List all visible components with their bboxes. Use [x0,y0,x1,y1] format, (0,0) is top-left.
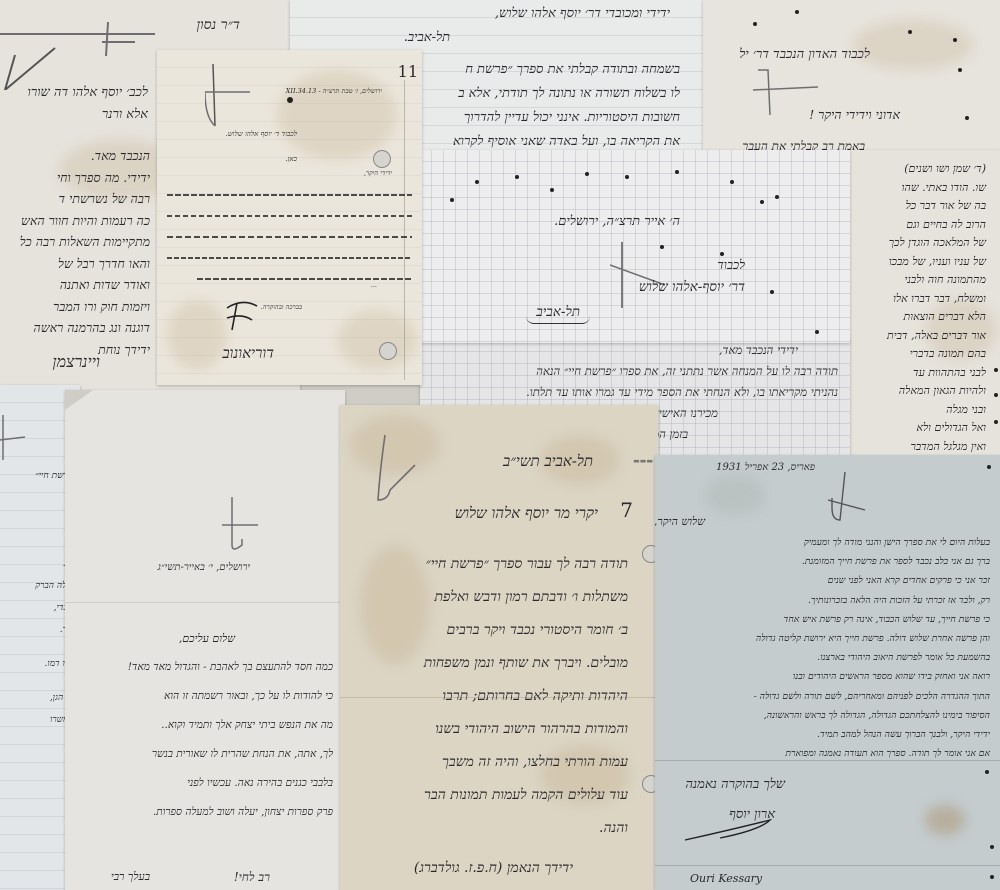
letterhead-stamp: ▬▬▬ [633,457,653,465]
letter-bottom-right-latin-name: Ouri Kessary [690,870,762,887]
letter-center-small: 11 ירושלים, ז׳ טבת תרצ״ה - 13.XII.34 לכב… [157,50,422,385]
letter-top-right-salutation: לכבוד האדון הנכבד דר׳ יל [739,45,870,65]
pencil-check-mark-icon [220,495,260,555]
envelope-addressee: דר׳ יוסף-אלהו שלוש [639,277,745,298]
letter-top-left-body: לכב׳ יוסף אלהו דה שורו אלא ורנר [28,82,149,126]
letter-bottom-left-white-signature: בעלך רבי [111,868,150,885]
page-number: 11 [398,60,418,85]
letter-bottom-right-closing: שלך בהוקרה נאמנה [685,775,785,795]
letter-center-grid-envelope: ה׳ אייר תרצ״ה, ירושלים. לכבוד דר׳ יוסף-א… [420,150,850,343]
letter-right-middle: (ד׳ שמן ושו ושנים) שו. הודו באתי. שהו בה… [846,150,1000,460]
letter-bottom-left-white-greeting: שלום עליכם, [179,630,235,647]
letter-top-left-signature: ויינרצמן [53,350,101,375]
letter-bottom-center-signature: ידידך הנאמן (ח.פ.ז. גולדברג) [414,858,573,880]
letter-bottom-center-margin-mark: 7 [620,495,633,526]
letter-right-middle-body: (ד׳ שמן ושו ושנים) שו. הודו באתי. שהו בה… [887,160,986,456]
letter-bottom-right-blue: פאריס, 23 אפריל 1931 שלוש היקר, בעלות הי… [655,455,1000,890]
letter-center-small-addressee: לכבוד ד׳ יוסף אלהו שלוש. כאן. [226,122,297,172]
envelope-city: תל-אביב [526,302,590,324]
letter-bottom-right-date: פאריס, 23 אפריל 1931 [716,460,815,476]
letter-bottom-left-white: ירושלים, י׳ באייר-תשי״ג שלום עליכם, כמה … [65,390,345,890]
letter-bottom-left-white-body: כמה חסד להתעצם בך לאהבת - והגדול מאד מאד… [128,653,333,827]
signature-flourish-icon [680,810,780,850]
letter-top-right-greeting: אדוני וידידי היקר ! [809,105,900,124]
letter-bottom-center-aged: תל-אביב תשי״ב ▬▬▬ 7 יקרי מר יוסף אלהו של… [340,405,658,890]
letter-top-center-greeting: ידידי ומכובדי דר׳ יוסף אלהו שלוש, תל-אבי… [404,2,670,50]
letter-top-right: לכבוד האדון הנכבד דר׳ יל אדוני וידידי הי… [703,0,1000,160]
pencil-check-mark-icon [820,470,870,525]
letter-bottom-right-body: בעלות היום לי את ספרך הישן והנני מודה לך… [754,533,990,763]
letter-top-center-body: בשמחה ובתודה קבלתי את ספרך ״פרשת ח לו בש… [453,58,680,154]
letter-center-small-greeting: ידידי היקר, [364,168,392,178]
pencil-check-mark-icon [360,430,430,505]
pencil-check-mark-icon [748,65,818,120]
letter-bottom-center-greeting: יקרי מר יוסף אלהו שלוש [455,502,598,525]
signature-scribble-icon [222,298,262,333]
letter-bottom-left-white-closing: רב לחי! [234,868,270,887]
letter-bottom-center-header: תל-אביב תשי״ב [503,450,593,473]
pencil-check-mark-icon [0,415,30,465]
letter-center-small-date: ירושלים, ז׳ טבת תרצ״ה - 13.XII.34 [286,86,382,96]
letter-bottom-right-greeting: שלוש היקר, [655,513,705,530]
pencil-check-mark-icon [610,240,680,310]
envelope-to-label: לכבוד [717,255,745,274]
letter-center-small-closing: בברכה ובהוקרה. [261,302,302,312]
pencil-check-mark-icon [205,62,255,127]
letter-bottom-left-white-date: ירושלים, י׳ באייר-תשי״ג [158,560,250,576]
letter-center-small-closing-line: ... [371,280,377,290]
letter-center-small-signature: דוריאונוב [222,342,274,365]
pencil-check-mark-icon [0,10,170,90]
letter-top-left-header: ד״ר נסון [196,15,240,37]
envelope-date-line: ה׳ אייר תרצ״ה, ירושלים. [554,212,680,232]
letter-top-left-body-main: הנכבד מאד. ידידי. מה ספרך וחי רבה של נשר… [20,145,150,360]
letter-bottom-center-body: תודה רבה לך עבור ספרך ״פרשת חיי״ משתלות … [424,548,628,845]
